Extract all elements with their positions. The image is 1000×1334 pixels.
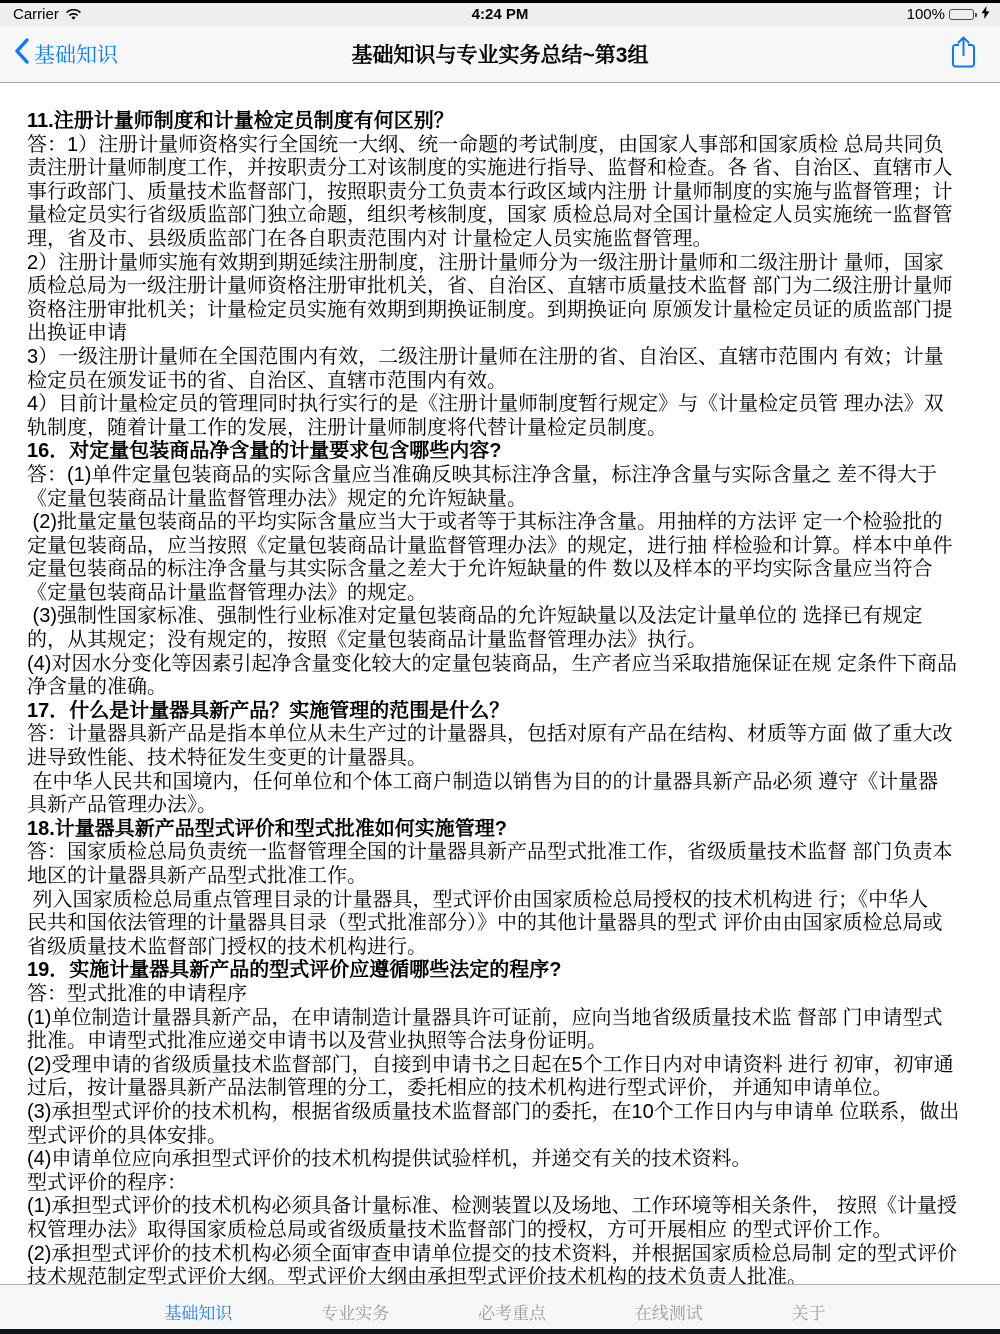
back-button[interactable]: 基础知识 [14,26,118,82]
back-button-label: 基础知识 [34,39,118,69]
answer-text-line: 责注册计量师制度工作，并按职责分工对该制度的实施进行指导、监督和检查。各 省、自… [27,157,970,181]
tab-item-active[interactable]: 基础知识 [164,1299,232,1324]
answer-text-line: 3）一级注册计量师在全国范围内有效，二级注册计量师在注册的省、自治区、直辖市范围… [27,346,970,370]
answer-text-line: 列入国家质检总局重点管理目录的计量器具，型式评价由国家质检总局授权的技术机构进 … [27,889,970,913]
answer-text-line: 技术规范制定型式评价大纲。型式评价大纲由承担型式评价技术机构的技术负责人批准。 [27,1266,970,1284]
answer-text-line: 《定量包装商品计量监督管理办法》的规定。 [27,582,970,606]
answer-text-line: 理，省及市、县级质监部门在各自职责范围内对 计量检定人员实施监督管理。 [27,228,970,252]
answer-text-line: 4）目前计量检定员的管理同时执行实行的是《注册计量师制度暂行规定》与《计量检定员… [27,393,970,417]
answer-text-line: 轨制度，随着计量工作的发展，注册计量师制度将代替计量检定员制度。 [27,417,970,441]
status-bar: Carrier 4:24 PM 100% [0,3,1000,26]
answer-text-line: 答：型式批准的申请程序 [27,983,970,1007]
answer-text-line: 定量包装商品的标注净含量与其实际含量之差大于允许短缺量的件 数以及样本的平均实际… [27,558,970,582]
charging-bolt-icon [981,6,990,23]
tab-item[interactable]: 专业实务 [321,1299,389,1324]
answer-text-line: (3)承担型式评价的技术机构，根据省级质量技术监督部门的委托，在10个工作日内与… [27,1101,970,1125]
answer-text-line: 的，从其规定；没有规定的，按照《定量包装商品计量监督管理办法》执行。 [27,629,970,653]
answer-text-line: 事行政部门、质量技术监督部门，按照职责分工负责本行政区域内注册 计量师制度的实施… [27,181,970,205]
answer-text-line: 在中华人民共和国境内，任何单位和个体工商户制造以销售为目的的计量器具新产品必须 … [27,771,970,795]
tab-item[interactable]: 必考重点 [478,1299,546,1324]
answer-text-line: (4)申请单位应向承担型式评价的技术机构提供试验样机，并递交有关的技术资料。 [27,1148,970,1172]
answer-text-line: 出换证申请 [27,322,970,346]
answer-text-line: (2)受理申请的省级质量技术监督部门，自接到申请书之日起在5个工作日内对申请资料… [27,1054,970,1078]
answer-text-line: 检定员在颁发证书的省、自治区、直辖市范围内有效。 [27,370,970,394]
share-button[interactable] [950,26,977,82]
tab-item[interactable]: 在线测试 [635,1299,703,1324]
answer-text-line: 答：(1)单件定量包装商品的实际含量应当准确反映其标注净含量，标注净含量与实际含… [27,464,970,488]
document-content[interactable]: 11.注册计量师制度和计量检定员制度有何区别？答：1）注册计量师资格实行全国统一… [0,84,1000,1284]
answer-text-line: (1)单位制造计量器具新产品，在申请制造计量器具许可证前，应向当地省级质量技术监… [27,1007,970,1031]
tab-group: 基础知识专业实务必考重点在线测试关于 [120,1299,870,1324]
answer-text-line: 定量包装商品，应当按照《定量包装商品计量监督管理办法》的规定，进行抽 样检验和计… [27,535,970,559]
app-screen: Carrier 4:24 PM 100% [0,0,1000,1334]
status-time: 4:24 PM [0,6,1000,23]
answer-text-line: 省级质量技术监督部门授权的技术机构进行。 [27,936,970,960]
battery-percent-label: 100% [907,6,945,23]
answer-text-line: 具新产品管理办法》。 [27,794,970,818]
answer-text-line: 进导致性能、技术特征发生变更的计量器具。 [27,747,970,771]
tab-bar: 基础知识专业实务必考重点在线测试关于 [0,1284,1000,1329]
back-chevron-icon [14,38,29,70]
answer-text-line: 过后，按计量器具新产品法制管理的分工，委托相应的技术机构进行型式评价， 并通知申… [27,1077,970,1101]
answer-text-line: 型式评价的程序： [27,1172,970,1196]
answer-text-line: (2)批量定量包装商品的平均实际含量应当大于或者等于其标注净含量。用抽样的方法评… [27,511,970,535]
answer-text-line: (4)对因水分变化等因素引起净含量变化较大的定量包装商品，生产者应当采取措施保证… [27,653,970,677]
answer-text-line: 答：国家质检总局负责统一监督管理全国的计量器具新产品型式批准工作，省级质量技术监… [27,841,970,865]
tab-item[interactable]: 关于 [792,1299,826,1324]
question-heading-line: 17．什么是计量器具新产品？实施管理的范围是什么？ [27,700,970,724]
battery-icon [949,9,977,20]
answer-text-line: 权管理办法》取得国家质检总局或省级质量技术监督部门的授权，方可开展相应 的型式评… [27,1219,970,1243]
page-title: 基础知识与专业实务总结~第3组 [0,26,1000,82]
answer-text-line: 批准。申请型式批准应递交申请书以及营业执照等合法身份证明。 [27,1030,970,1054]
answer-text-line: 资格注册审批机关；计量检定员实施有效期到期换证制度。到期换证向 原颁发计量检定员… [27,299,970,323]
question-heading-line: 11.注册计量师制度和计量检定员制度有何区别？ [27,110,970,134]
question-heading-line: 16．对定量包装商品净含量的计量要求包含哪些内容? [27,440,970,464]
answer-text-line: 《定量包装商品计量监督管理办法》规定的允许短缺量。 [27,488,970,512]
share-icon [950,35,977,74]
answer-text-line: 地区的计量器具新产品型式批准工作。 [27,865,970,889]
answer-text-line: 答：1）注册计量师资格实行全国统一大纲、统一命题的考试制度，由国家人事部和国家质… [27,134,970,158]
question-heading-line: 19．实施计量器具新产品的型式评价应遵循哪些法定的程序? [27,959,970,983]
answer-text-line: 质检总局为一级注册计量师资格注册审批机关，省、自治区、直辖市质量技术监督 部门为… [27,275,970,299]
answer-text-line: (3)强制性国家标准、强制性行业标准对定量包装商品的允许短缺量以及法定计量单位的… [27,605,970,629]
answer-text-line: (2)承担型式评价的技术机构必须全面审查申请单位提交的技术资料，并根据国家质检总… [27,1243,970,1267]
answer-text-line: 型式评价的具体安排。 [27,1125,970,1149]
answer-text-line: 净含量的准确。 [27,676,970,700]
question-heading-line: 18.计量器具新产品型式评价和型式批准如何实施管理? [27,818,970,842]
navigation-bar: 基础知识 基础知识与专业实务总结~第3组 [0,26,1000,83]
answer-text-line: 2）注册计量师实施有效期到期延续注册制度，注册计量师分为一级注册计量师和二级注册… [27,252,970,276]
answer-text-line: 民共和国依法管理的计量器具目录（型式批准部分）》中的其他计量器具的型式 评价由由… [27,912,970,936]
answer-text-line: 量检定员实行省级质监部门独立命题，组织考核制度，国家 质检总局对全国计量检定人员… [27,204,970,228]
answer-text-line: (1)承担型式评价的技术机构必须具备计量标准、检测装置以及场地、工作环境等相关条… [27,1195,970,1219]
screen-bottom-edge [0,1329,1000,1334]
answer-text-line: 答：计量器具新产品是指本单位从未生产过的计量器具，包括对原有产品在结构、材质等方… [27,723,970,747]
